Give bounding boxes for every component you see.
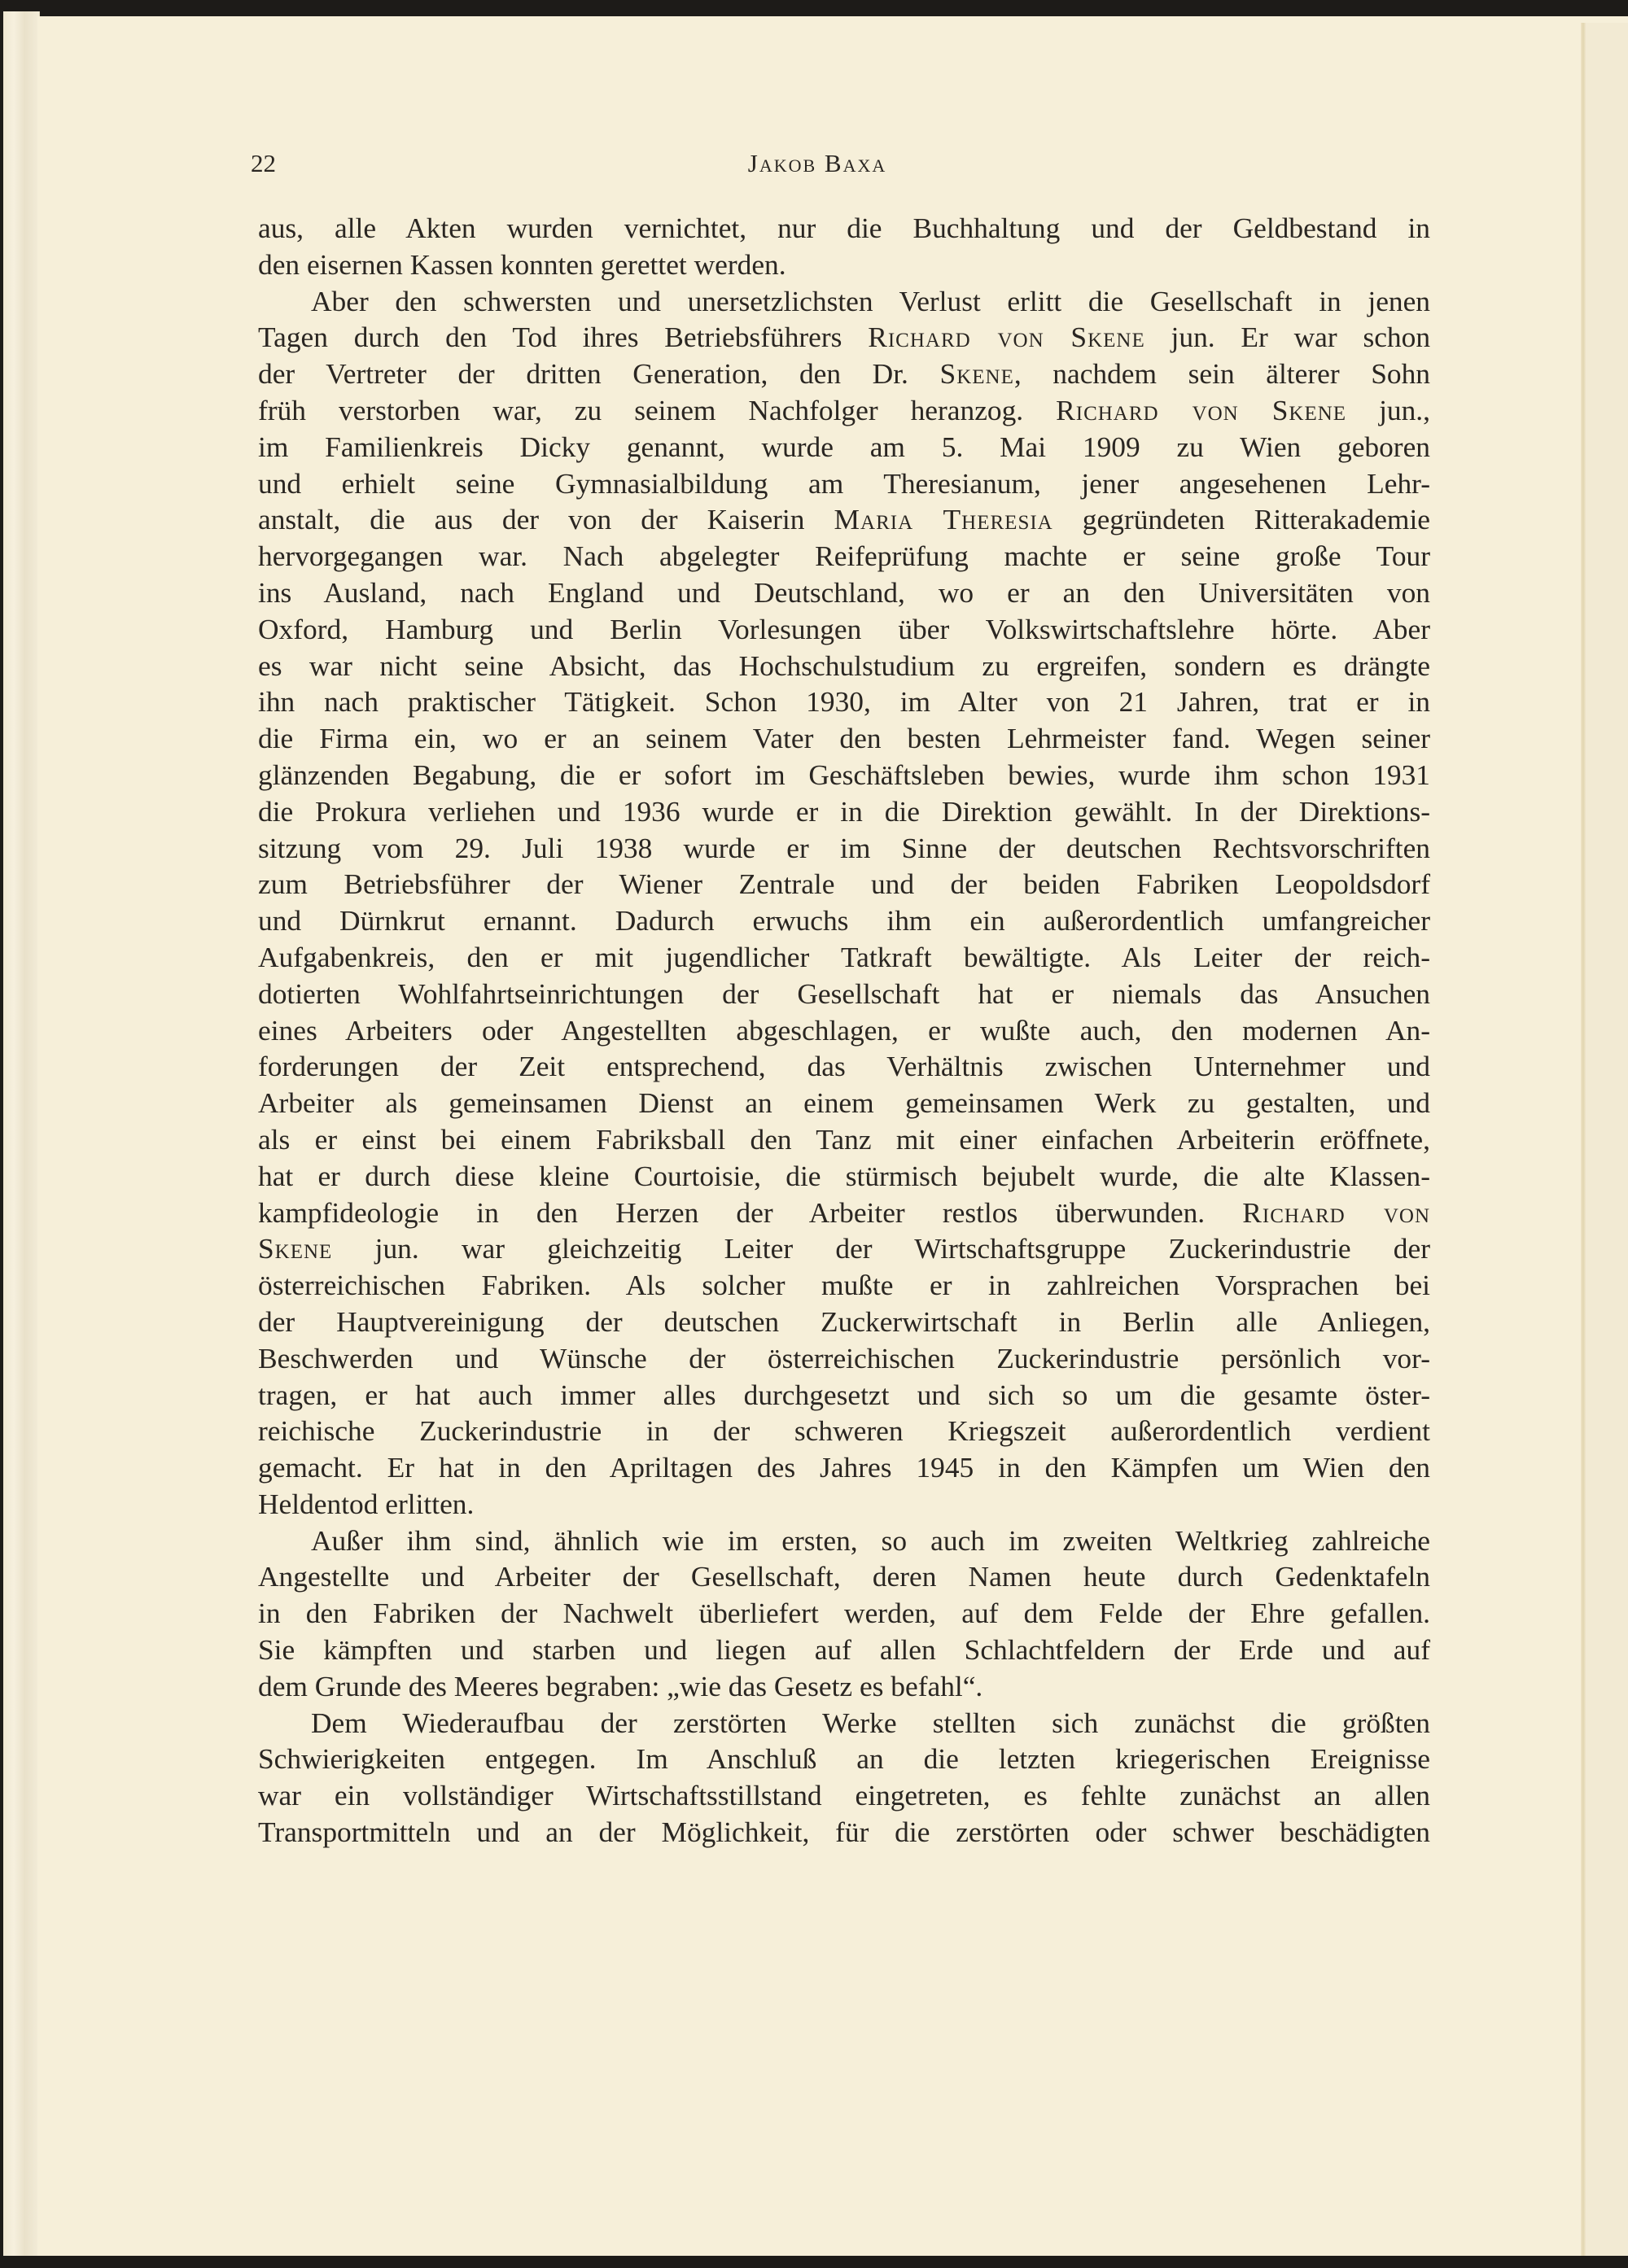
text-line: Aber den schwersten und unersetzlichsten…	[258, 283, 1430, 320]
text-line: ihn nach praktischer Tätigkeit. Schon 19…	[258, 684, 1430, 720]
text-line: dem Grunde des Meeres begraben: „wie das…	[258, 1668, 1430, 1705]
text-line: den eisernen Kassen konnten gerettet wer…	[258, 247, 1430, 283]
text-line: aus, alle Akten wurden vernichtet, nur d…	[258, 210, 1430, 247]
small-caps-name: Richard von	[1242, 1196, 1430, 1229]
text-line: Außer ihm sind, ähnlich wie im ersten, s…	[258, 1523, 1430, 1559]
text-line: im Familienkreis Dicky genannt, wurde am…	[258, 429, 1430, 465]
text-line: dotierten Wohlfahrtseinrichtungen der Ge…	[258, 976, 1430, 1012]
text-line: tragen, er hat auch immer alles durchges…	[258, 1377, 1430, 1414]
text-line: Beschwerden und Wünsche der österreichis…	[258, 1340, 1430, 1377]
text-line: Skene jun. war gleichzeitig Leiter der W…	[258, 1230, 1430, 1267]
text-line: die Firma ein, wo er an seinem Vater den…	[258, 720, 1430, 757]
facing-page-edge	[1586, 23, 1628, 2256]
text-line: Transportmitteln und an der Möglichkeit,…	[258, 1814, 1430, 1851]
text-line: der Vertreter der dritten Generation, de…	[258, 356, 1430, 392]
small-caps-name: Skene	[258, 1232, 332, 1265]
text-line: hat er durch diese kleine Courtoisie, di…	[258, 1158, 1430, 1195]
text-line: und erhielt seine Gymnasialbildung am Th…	[258, 465, 1430, 502]
text-line: es war nicht seine Absicht, das Hochschu…	[258, 648, 1430, 684]
text-line: kampfideologie in den Herzen der Arbeite…	[258, 1195, 1430, 1231]
text-line: anstalt, die aus der von der Kaiserin Ma…	[258, 501, 1430, 538]
text-line: hervorgegangen war. Nach abgelegter Reif…	[258, 538, 1430, 575]
small-caps-name: Skene	[940, 357, 1014, 390]
text-line: früh verstorben war, zu seinem Nachfolge…	[258, 392, 1430, 429]
text-line: Schwierigkeiten entgegen. Im Anschluß an…	[258, 1741, 1430, 1777]
text-line: sitzung vom 29. Juli 1938 wurde er im Si…	[258, 830, 1430, 867]
text-line: Dem Wiederaufbau der zerstörten Werke st…	[258, 1705, 1430, 1741]
text-line: gemacht. Er hat in den Apriltagen des Ja…	[258, 1449, 1430, 1486]
text-line: eines Arbeiters oder Angestellten abgesc…	[258, 1012, 1430, 1049]
text-line: als er einst bei einem Fabriksball den T…	[258, 1121, 1430, 1158]
text-line: Aufgabenkreis, den er mit jugendlicher T…	[258, 939, 1430, 976]
text-line: zum Betriebsführer der Wiener Zentrale u…	[258, 866, 1430, 902]
text-line: österreichischen Fabriken. Als solcher m…	[258, 1267, 1430, 1304]
text-line: forderungen der Zeit entsprechend, das V…	[258, 1048, 1430, 1085]
text-line: und Dürnkrut ernannt. Dadurch erwuchs ih…	[258, 902, 1430, 939]
small-caps-name: Richard von Skene	[1056, 394, 1346, 426]
body-text: aus, alle Akten wurden vernichtet, nur d…	[258, 210, 1430, 1851]
text-line: in den Fabriken der Nachwelt überliefert…	[258, 1595, 1430, 1632]
text-line: die Prokura verliehen und 1936 wurde er …	[258, 793, 1430, 830]
text-line: Arbeiter als gemeinsamen Dienst an einem…	[258, 1085, 1430, 1121]
text-line: Oxford, Hamburg und Berlin Vorlesungen ü…	[258, 611, 1430, 648]
text-line: Angestellte und Arbeiter der Gesellschaf…	[258, 1558, 1430, 1595]
text-line: war ein vollständiger Wirtschaftsstillst…	[258, 1777, 1430, 1814]
text-line: Tagen durch den Tod ihres Betriebsführer…	[258, 319, 1430, 356]
text-line: Heldentod erlitten.	[258, 1486, 1430, 1523]
text-line: der Hauptvereinigung der deutschen Zucke…	[258, 1304, 1430, 1340]
text-line: glänzenden Begabung, die er sofort im Ge…	[258, 757, 1430, 793]
small-caps-name: Maria Theresia	[834, 503, 1053, 535]
text-line: reichische Zuckerindustrie in der schwer…	[258, 1413, 1430, 1449]
small-caps-name: Richard von Skene	[868, 321, 1145, 353]
text-line: ins Ausland, nach England und Deutschlan…	[258, 575, 1430, 611]
running-title: Jakob Baxa	[251, 149, 1433, 178]
page-stack-edge	[3, 11, 40, 2256]
running-head: 22 Jakob Baxa	[251, 149, 1433, 181]
text-line: Sie kämpften und starben und liegen auf …	[258, 1632, 1430, 1668]
